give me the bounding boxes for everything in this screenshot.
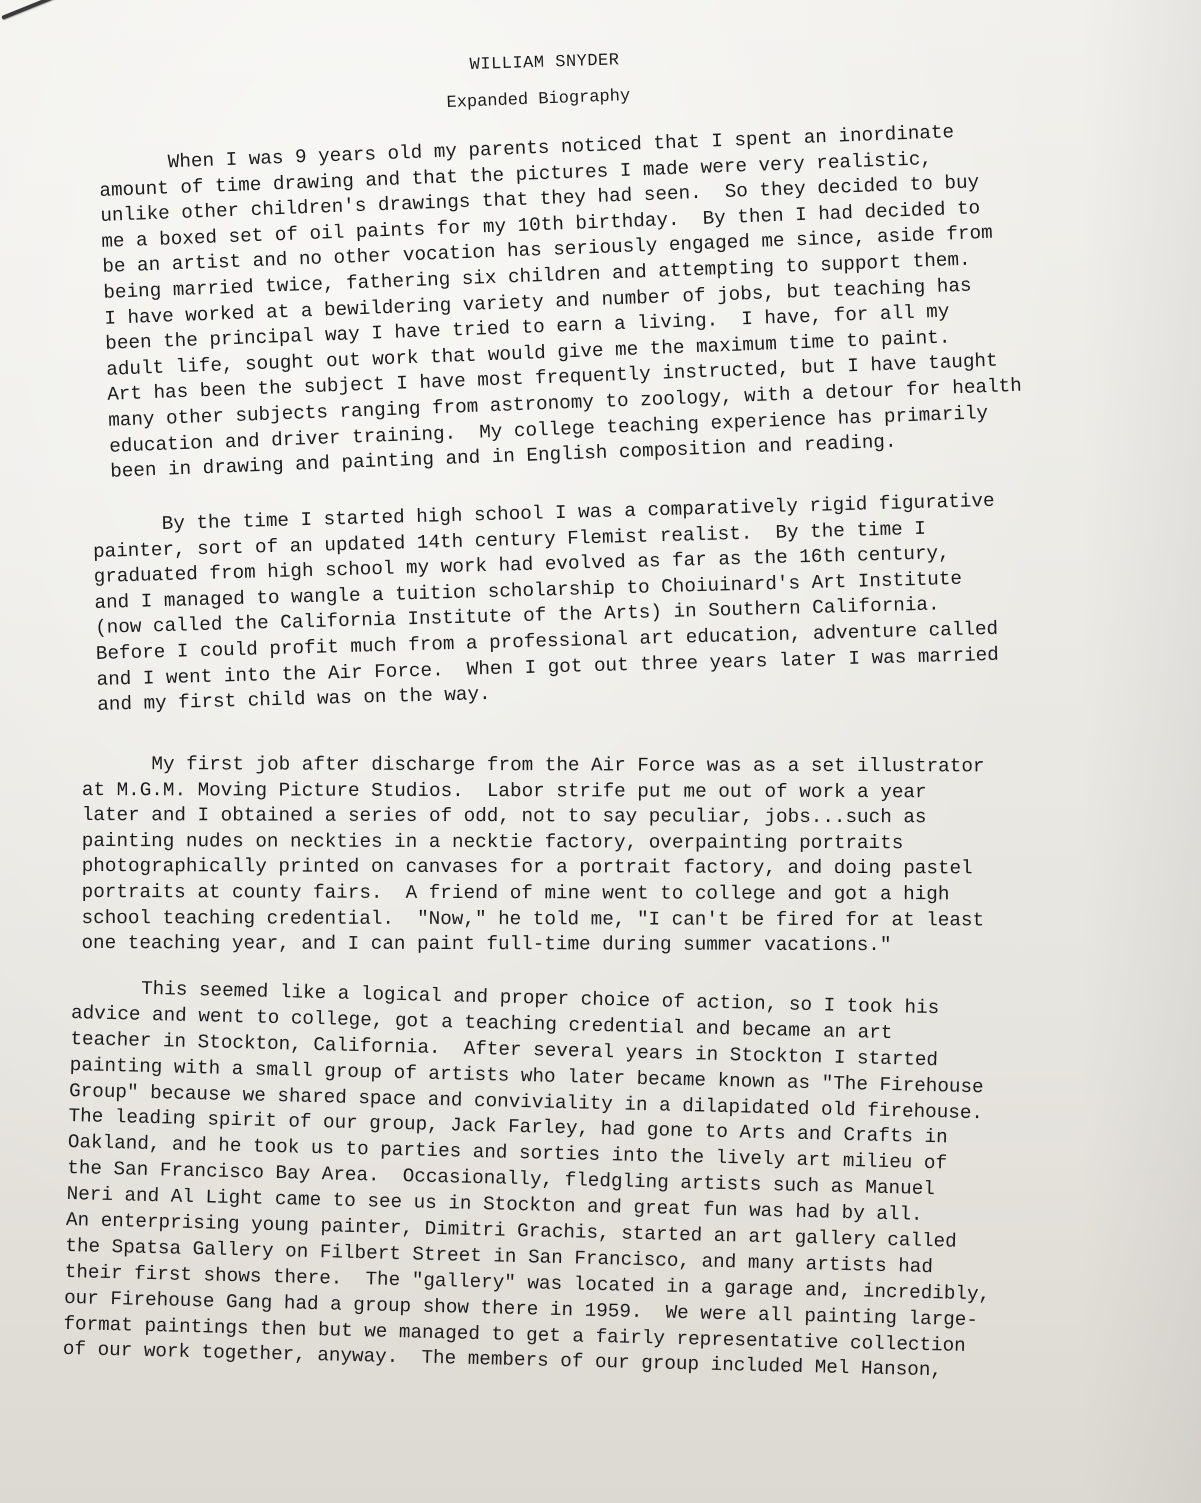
text-line: school teaching credential. "Now," he to…	[82, 906, 985, 934]
paragraph-firehouse-group: This seemed like a logical and proper ch…	[63, 975, 998, 1386]
paragraph-high-school: By the time I started high school I was …	[92, 489, 1000, 719]
paragraph-first-jobs: My first job after discharge from the Ai…	[81, 752, 984, 959]
text-line: one teaching year, and I can paint full-…	[81, 931, 984, 959]
text-line: My first job after discharge from the Ai…	[82, 752, 985, 780]
text-line: portraits at county fairs. A friend of m…	[82, 880, 985, 908]
text-line: at M.G.M. Moving Picture Studios. Labor …	[82, 778, 985, 806]
paragraph-childhood: When I was 9 years old my parents notice…	[98, 118, 1024, 486]
text-line: painting nudes on neckties in a necktie …	[82, 829, 985, 857]
text-line: photographically printed on canvases for…	[82, 854, 985, 882]
text-line: later and I obtained a series of odd, no…	[82, 803, 985, 831]
